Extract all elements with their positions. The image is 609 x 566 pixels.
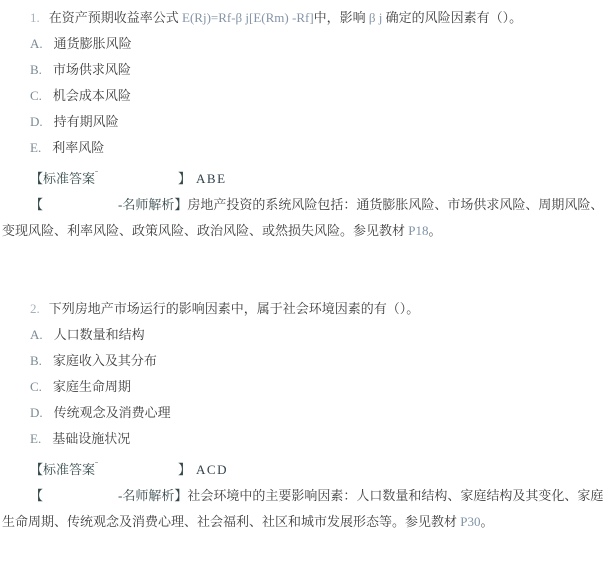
option-letter: C. [30, 88, 42, 103]
option-text: 人口数量和结构 [54, 327, 145, 342]
explanation-paragraph: 【-名师解析】社会环境中的主要影响因素：人口数量和结构、家庭结构及其变化、家庭生… [2, 483, 605, 535]
option-text: 家庭收入及其分布 [53, 353, 157, 368]
textbook-page-ref: P18 [408, 223, 428, 238]
document-page: 1.在资产预期收益率公式 E(Rj)=Rf-β j[E(Rm) -Rf]中，影响… [0, 0, 609, 566]
option-text: 持有期风险 [54, 114, 119, 129]
answer-letters: ACD [196, 462, 228, 477]
option-row-b: B.市场供求风险 [30, 57, 609, 83]
question-divider-space [0, 244, 609, 296]
stem-text-suffix: 确定的风险因素有（）。 [382, 10, 522, 25]
explanation-label: -名师解析】 [118, 197, 187, 212]
option-row-a: A.通货膨胀风险 [30, 31, 609, 57]
answer-bracket-close: 】 [178, 171, 191, 186]
option-letter: A. [30, 327, 43, 342]
capm-formula: E(Rj)=Rf-β j[E(Rm) -Rf] [182, 10, 314, 25]
option-letter: C. [30, 379, 42, 394]
explanation-period: 。 [429, 223, 442, 238]
option-letter: D. [30, 405, 43, 420]
answer-label: 【标准答案 [30, 171, 95, 186]
explanation-text: 房地产投资的系统风险包括：通货膨胀风险、市场供求风险、周期风险、变现风险、利率风… [2, 197, 603, 238]
answer-bracket-close: 】 [178, 462, 191, 477]
option-row-e: E.利率风险 [30, 135, 609, 161]
answer-label: 【标准答案 [30, 462, 95, 477]
option-row-d: D.传统观念及消费心理 [30, 400, 609, 426]
option-text: 机会成本风险 [53, 88, 131, 103]
option-letter: D. [30, 114, 43, 129]
answer-line: 【标准答案ˉ】ACD [30, 452, 609, 483]
option-row-b: B.家庭收入及其分布 [30, 348, 609, 374]
textbook-page-ref: P30 [460, 514, 480, 529]
option-letter: B. [30, 62, 42, 77]
option-text: 基础设施状况 [52, 431, 130, 446]
explanation-bracket-open: 【 [30, 197, 43, 212]
beta-symbol: β j [369, 10, 382, 25]
option-letter: E. [30, 431, 41, 446]
stem-text-mid: 中，影响 [314, 10, 369, 25]
question-number: 2. [30, 301, 40, 316]
option-text: 利率风险 [52, 140, 104, 155]
question-stem: 1.在资产预期收益率公式 E(Rj)=Rf-β j[E(Rm) -Rf]中，影响… [30, 5, 609, 31]
explanation-label: -名师解析】 [118, 488, 187, 503]
option-text: 家庭生命周期 [53, 379, 131, 394]
explanation-text: 社会环境中的主要影响因素：人口数量和结构、家庭结构及其变化、家庭生命周期、传统观… [2, 488, 603, 529]
option-row-c: C.机会成本风险 [30, 83, 609, 109]
option-text: 市场供求风险 [53, 62, 131, 77]
answer-tick-mark: ˉ [95, 460, 98, 470]
option-letter: E. [30, 140, 41, 155]
option-text: 通货膨胀风险 [54, 36, 132, 51]
option-row-d: D.持有期风险 [30, 109, 609, 135]
question-stem: 2.下列房地产市场运行的影响因素中，属于社会环境因素的有（）。 [30, 296, 609, 322]
option-letter: B. [30, 353, 42, 368]
option-text: 传统观念及消费心理 [54, 405, 171, 420]
question-block-1: 1.在资产预期收益率公式 E(Rj)=Rf-β j[E(Rm) -Rf]中，影响… [0, 5, 609, 244]
option-letter: A. [30, 36, 43, 51]
explanation-paragraph: 【-名师解析】房地产投资的系统风险包括：通货膨胀风险、市场供求风险、周期风险、变… [2, 192, 605, 244]
answer-tick-mark: ˉ [95, 169, 98, 179]
answer-line: 【标准答案ˉ】ABE [30, 161, 609, 192]
question-block-2: 2.下列房地产市场运行的影响因素中，属于社会环境因素的有（）。 A.人口数量和结… [0, 296, 609, 535]
stem-text-prefix: 在资产预期收益率公式 [49, 10, 182, 25]
stem-text: 下列房地产市场运行的影响因素中，属于社会环境因素的有（）。 [49, 301, 420, 316]
option-row-c: C.家庭生命周期 [30, 374, 609, 400]
question-number: 1. [30, 10, 40, 25]
option-row-e: E.基础设施状况 [30, 426, 609, 452]
option-row-a: A.人口数量和结构 [30, 322, 609, 348]
explanation-period: 。 [481, 514, 494, 529]
explanation-bracket-open: 【 [30, 488, 43, 503]
answer-letters: ABE [196, 171, 227, 186]
